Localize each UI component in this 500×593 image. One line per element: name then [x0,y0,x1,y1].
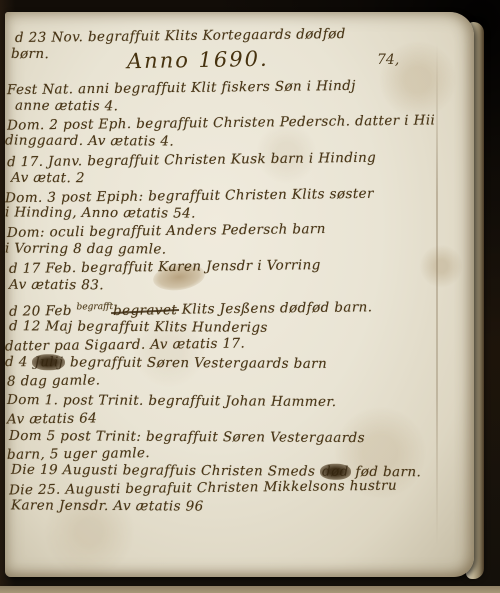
manuscript-line: i Vorring 8 dag gamle. [5,241,167,258]
text-run: 8 dag gamle. [7,372,101,389]
text-run: d 12 Maj begraffuit Klits Hunderigs [9,318,268,336]
text-run: i Hinding, Anno ætatis 54. [5,204,196,221]
manuscript-line: 8 dag gamle. [7,372,101,389]
manuscript-line: Die 25. Augusti begrafuit Christen Mikke… [9,478,397,499]
text-run: Av ætat. 2 [11,170,85,186]
text-run: Dom 1. post Trinit. begraffuit Johan Ham… [7,392,337,410]
text-run: d 17. Janv. begraffuit Christen Kusk bar… [7,150,376,171]
text-run: begraffuit Søren Vestergaards barn [65,354,327,372]
text-run: Die 19 Augusti begraffuis Christen Smeds [11,462,320,480]
text-run: d 20 Feb [9,303,77,320]
manuscript-line: Fest Nat. anni begraffuit Klit fiskers S… [7,78,356,98]
manuscript-line: Av ætat. 2 [11,170,85,186]
text-run: dinggaard. Av ætatis 4. [5,132,174,149]
text-run: Karen Jensdr. Av ætatis 96 [11,497,204,514]
text-run: Dom: oculi begraffuit Anders Pedersch ba… [7,221,326,241]
manuscript-line: d 4 Julij begraffuit Søren Vestergaards … [5,354,327,372]
manuscript-line: d 12 Maj begraffuit Klits Hunderigs [9,318,268,336]
manuscript-line: Dom 1. post Trinit. begraffuit Johan Ham… [7,392,337,410]
manuscript-photo: Anno 1690. 74, d 23 Nov. begraffuit Klit… [0,0,500,593]
manuscript-line: anne ætatis 4. [15,98,118,115]
text-run: Dom. 3 post Epiph: begraffuit Christen K… [5,186,374,207]
struck-word: begravet [113,302,177,319]
manuscript-line: Dom 5 post Trinit: begraffuit Søren Vest… [9,428,365,446]
manuscript-line: Dom. 2 post Eph. begraffuit Christen Ped… [7,112,435,133]
manuscript-line: Av ætatis 83. [9,277,104,294]
manuscript-line: Karen Jensdr. Av ætatis 96 [11,497,204,514]
manuscript-text: d 23 Nov. begraffuit Klits Kortegaards d… [5,12,474,577]
manuscript-line: dinggaard. Av ætatis 4. [5,132,174,149]
text-run: d 17 Feb. begraffuit Karen Jensdr i Vorr… [9,257,321,277]
text-run: barn, 5 uger gamle. [7,445,150,463]
manuscript-line: i Hinding, Anno ætatis 54. [5,204,196,221]
text-run: Fest Nat. anni begraffuit Klit fiskers S… [7,78,356,98]
manuscript-line: datter paa Sigaard. Av ætatis 17. [5,336,245,355]
manuscript-line: d 23 Nov. begraffuit Klits Kortegaards d… [15,26,346,46]
text-run: Dom 5 post Trinit: begraffuit Søren Vest… [9,428,365,446]
manuscript-line: d 17 Feb. begraffuit Karen Jensdr i Vorr… [9,257,321,277]
text-run: børn. [11,46,49,62]
manuscript-page: Anno 1690. 74, d 23 Nov. begraffuit Klit… [5,12,474,577]
text-run: Dom. 2 post Eph. begraffuit Christen Ped… [7,112,435,133]
manuscript-line: Dom. 3 post Epiph: begraffuit Christen K… [5,186,374,207]
text-run: Die 25. Augusti begrafuit Christen Mikke… [9,478,397,499]
inserted-word: begrafft [76,302,113,312]
manuscript-line: d 17. Janv. begraffuit Christen Kusk bar… [7,150,376,171]
manuscript-line: d 20 Feb begrafftbegravet Klits Jesßens … [9,299,373,320]
text-run: Av ætatis 64 [7,410,97,427]
text-run: Klits Jesßens dødfød barn. [177,299,372,317]
table-surface [0,586,500,593]
manuscript-line: børn. [11,46,49,62]
manuscript-line: Dom: oculi begraffuit Anders Pedersch ba… [7,221,326,241]
text-run: Av ætatis 83. [9,277,104,294]
text-run: datter paa Sigaard. Av ætatis 17. [5,336,245,355]
text-run: d 4 [5,354,33,370]
text-run: d 23 Nov. begraffuit Klits Kortegaards d… [15,26,346,46]
ink-blot-word: Julij [32,354,65,370]
text-run: i Vorring 8 dag gamle. [5,241,167,258]
text-run: anne ætatis 4. [15,98,118,115]
manuscript-line: Av ætatis 64 [7,410,97,427]
manuscript-line: barn, 5 uger gamle. [7,445,150,463]
